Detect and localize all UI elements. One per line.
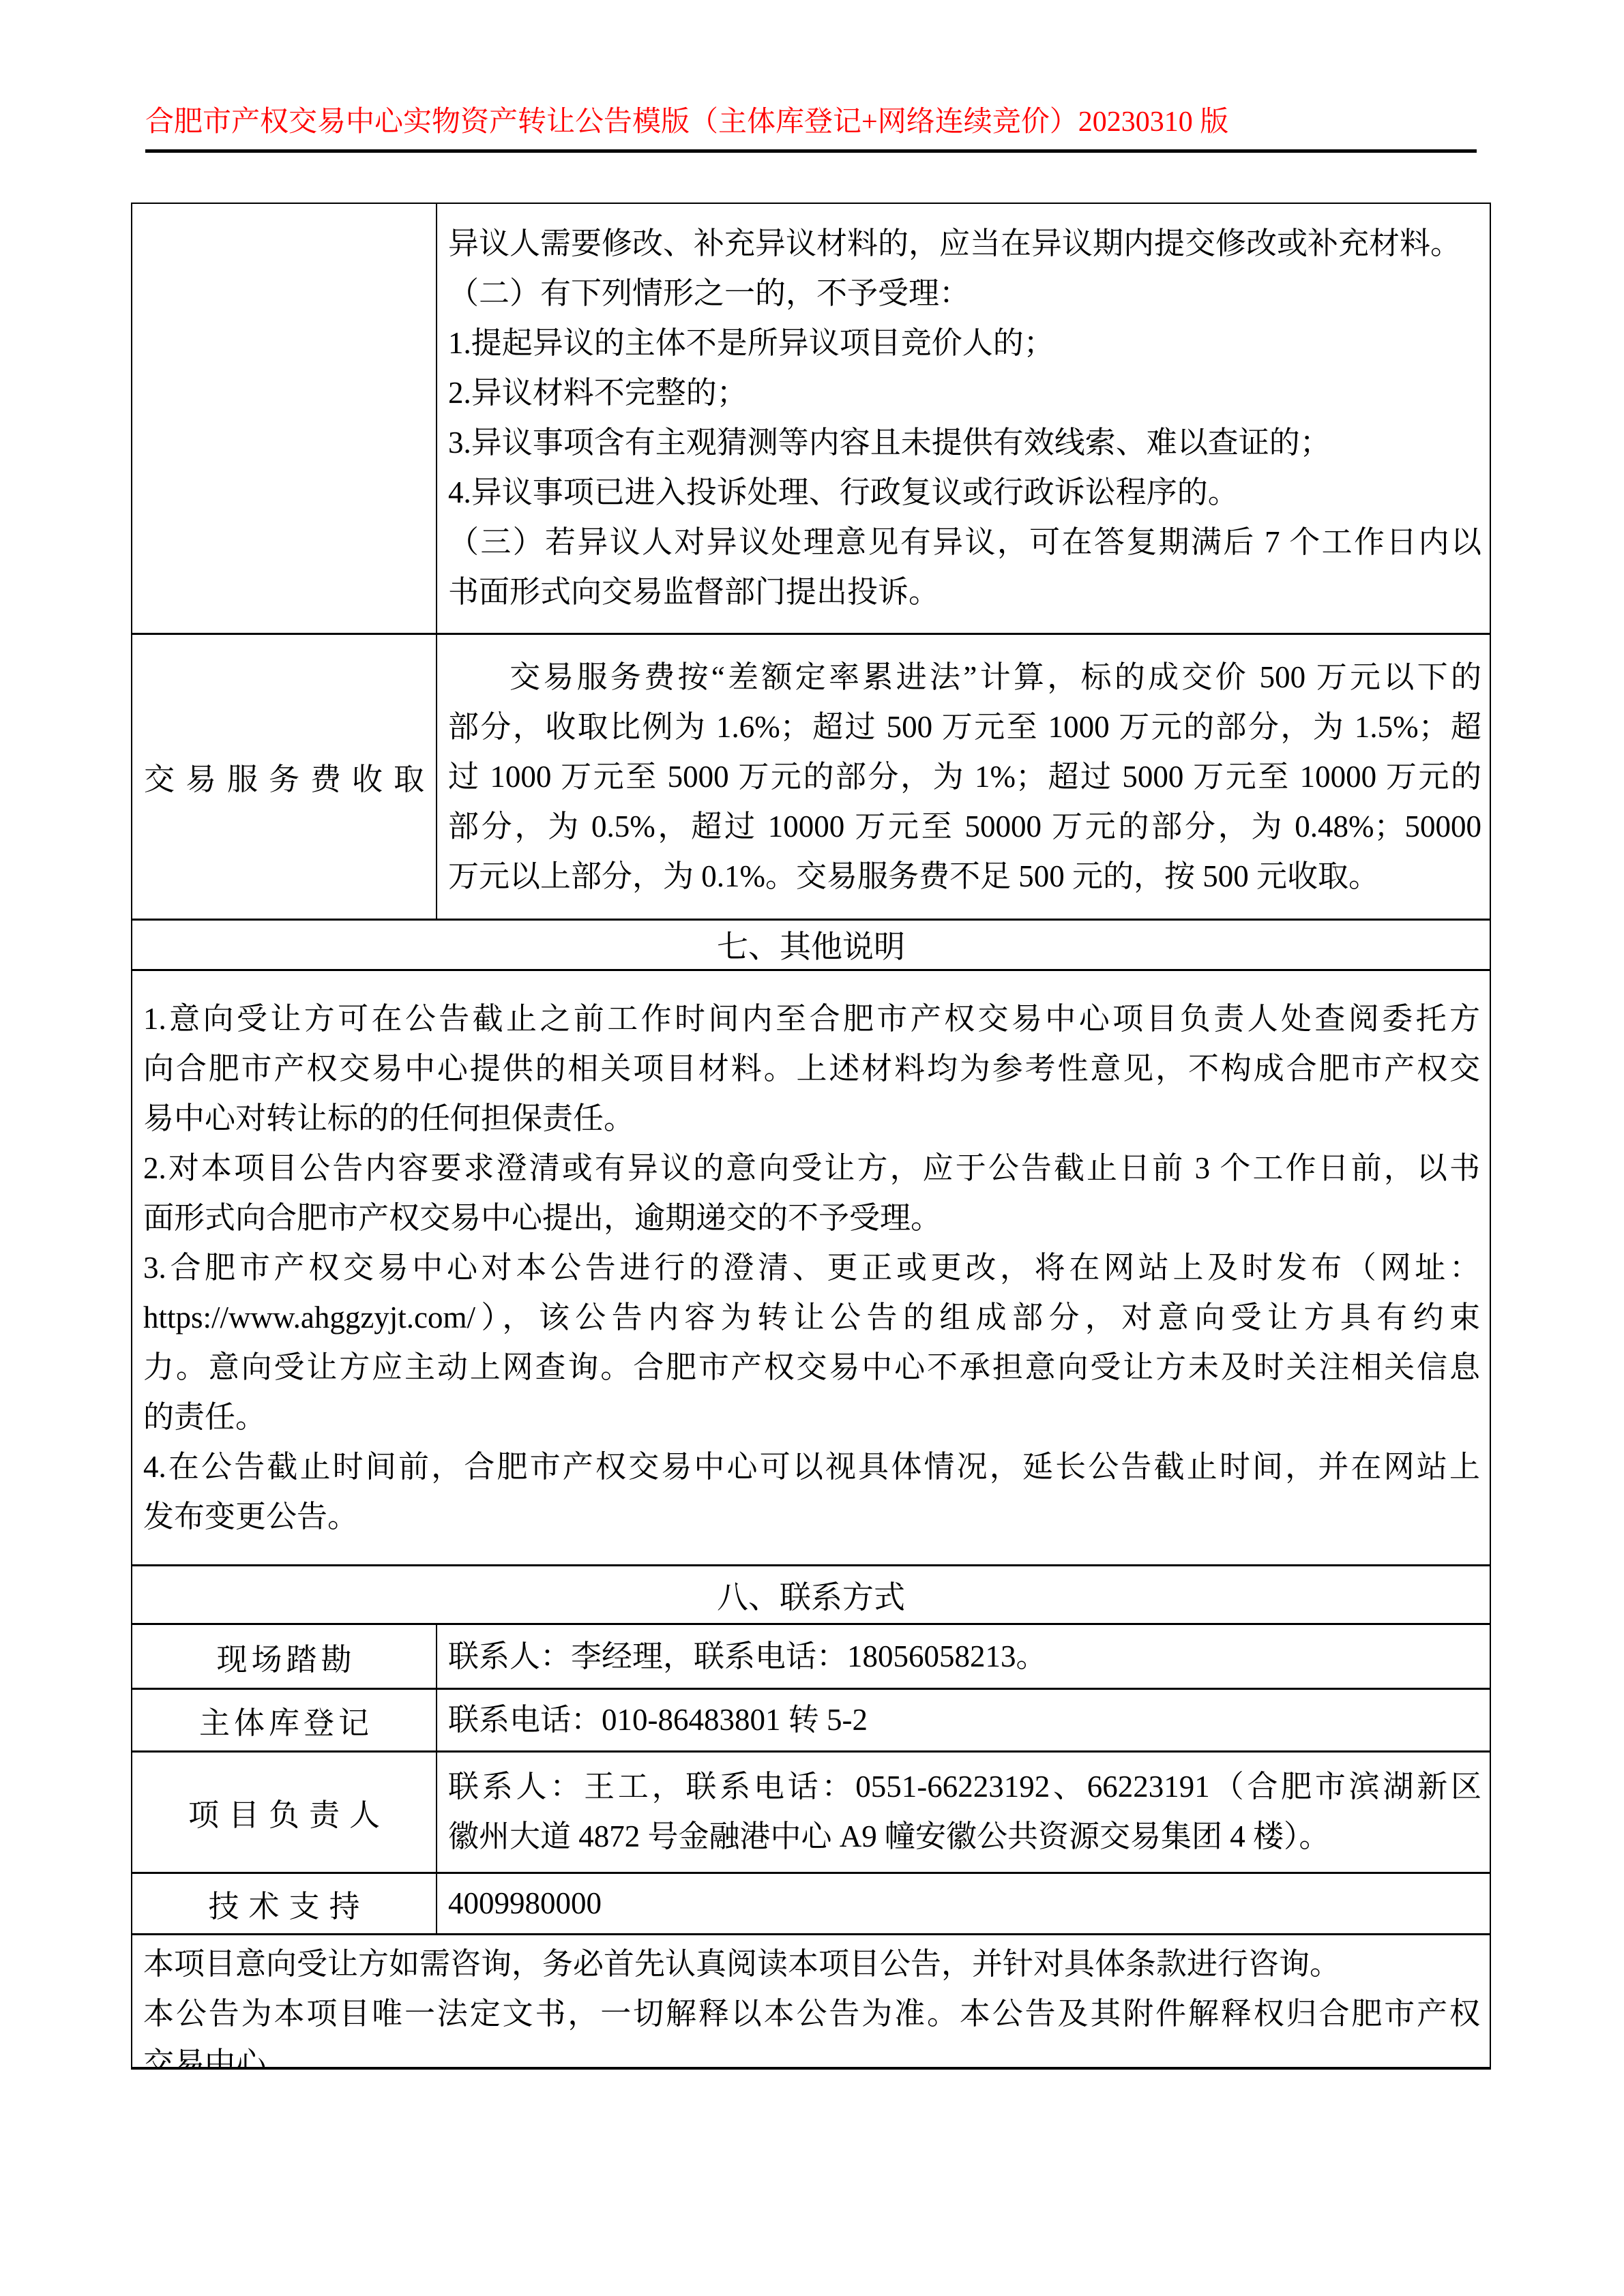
- service-fee-label: 交易服务费收取: [132, 635, 437, 919]
- document-page: 合肥市产权交易中心实物资产转让公告模版（主体库登记+网络连续竞价）2023031…: [0, 0, 1624, 2296]
- website-url-line: https://www.ahggzyjt.com/），该公告内容为转让公告的组成…: [143, 1293, 1480, 1343]
- text-line: 易中心对转让标的的任何担保责任。: [143, 1094, 1480, 1144]
- contact-row-site-survey: 现场踏勘 联系人：李经理，联系电话：18056058213。: [132, 1625, 1490, 1690]
- text-line: 向合肥市产权交易中心提供的相关项目材料。上述材料均为参考性意见，不构成合肥市产权…: [143, 1044, 1480, 1094]
- text-line: 本公告为本项目唯一法定文书，一切解释以本公告为准。本公告及其附件解释权归合肥市产…: [143, 1989, 1480, 2039]
- text-line: 力。意向受让方应主动上网查询。合肥市产权交易中心不承担意向受让方未及时关注相关信…: [143, 1343, 1480, 1392]
- text-line: 过 1000 万元至 5000 万元的部分，为 1%；超过 5000 万元至 1…: [448, 752, 1481, 802]
- tech-support-label: 技术支持: [132, 1874, 437, 1934]
- text-line: 1.提起异议的主体不是所异议项目竞价人的；: [448, 318, 1481, 368]
- text-line: 1.意向受让方可在公告截止之前工作时间内至合肥市产权交易中心项目负责人处查阅委托…: [143, 994, 1480, 1044]
- text-line: 面形式向合肥市产权交易中心提出，逾期递交的不予受理。: [143, 1193, 1480, 1243]
- tech-support-content: 4009980000: [437, 1874, 1490, 1934]
- title-divider-rule: [145, 149, 1477, 153]
- section-8-header-row: 八、联系方式: [132, 1566, 1490, 1626]
- other-notes-content: 1.意向受让方可在公告截止之前工作时间内至合肥市产权交易中心项目负责人处查阅委托…: [132, 971, 1490, 1564]
- text-line: 发布变更公告。: [143, 1492, 1480, 1542]
- contact-row-registry: 主体库登记 联系电话：010-86483801 转 5-2: [132, 1690, 1490, 1753]
- text-line: 部分，收取比例为 1.6%；超过 500 万元至 1000 万元的部分，为 1.…: [448, 702, 1481, 752]
- page-title: 合肥市产权交易中心实物资产转让公告模版（主体库登记+网络连续竞价）2023031…: [145, 102, 1477, 142]
- other-notes-row: 1.意向受让方可在公告截止之前工作时间内至合肥市产权交易中心项目负责人处查阅委托…: [132, 971, 1490, 1566]
- tech-support-phone: 4009980000: [448, 1879, 1481, 1928]
- text-line: （三）若异议人对异议处理意见有异议，可在答复期满后 7 个工作日内以: [448, 518, 1481, 567]
- project-manager-label: 项目负责人: [132, 1753, 437, 1872]
- contact-info-line: 联系电话：010-86483801 转 5-2: [448, 1695, 1481, 1745]
- text-line: （二）有下列情形之一的，不予受理：: [448, 269, 1481, 318]
- footer-note-content: 本项目意向受让方如需咨询，务必首先认真阅读本项目公告，并针对具体条款进行咨询。 …: [132, 1935, 1490, 2067]
- registry-label: 主体库登记: [132, 1690, 437, 1750]
- text-line: 本项目意向受让方如需咨询，务必首先认真阅读本项目公告，并针对具体条款进行咨询。: [143, 1939, 1480, 1989]
- footer-note-row: 本项目意向受让方如需咨询，务必首先认真阅读本项目公告，并针对具体条款进行咨询。 …: [132, 1935, 1490, 2067]
- contact-info-line: 联系人：李经理，联系电话：18056058213。: [448, 1632, 1481, 1682]
- text-line: 4.异议事项已进入投诉处理、行政复议或行政诉讼程序的。: [448, 468, 1481, 518]
- section-7-header-row: 七、其他说明: [132, 921, 1490, 971]
- text-line: 2.对本项目公告内容要求澄清或有异议的意向受让方，应于公告截止日前 3 个工作日…: [143, 1144, 1480, 1193]
- contact-row-tech-support: 技术支持 4009980000: [132, 1874, 1490, 1936]
- site-survey-content: 联系人：李经理，联系电话：18056058213。: [437, 1625, 1490, 1688]
- text-line: 3.异议事项含有主观猜测等内容且未提供有效线索、难以查证的；: [448, 418, 1481, 468]
- text-line: 万元以上部分，为 0.1%。交易服务费不足 500 元的，按 500 元收取。: [448, 852, 1481, 901]
- text-line: 部分，为 0.5%，超过 10000 万元至 50000 万元的部分，为 0.4…: [448, 802, 1481, 852]
- text-line: 的责任。: [143, 1392, 1480, 1442]
- project-manager-content: 联系人：王工，联系电话：0551-66223192、66223191（合肥市滨湖…: [437, 1753, 1490, 1872]
- objection-row-content: 异议人需要修改、补充异议材料的，应当在异议期内提交修改或补充材料。 （二）有下列…: [437, 204, 1490, 633]
- section-8-title: 八、联系方式: [132, 1566, 1490, 1624]
- announcement-table: 异议人需要修改、补充异议材料的，应当在异议期内提交修改或补充材料。 （二）有下列…: [131, 203, 1491, 2070]
- text-line: 交易服务费按“差额定率累进法”计算，标的成交价 500 万元以下的: [448, 653, 1481, 702]
- text-line: 交易中心。: [143, 2039, 1480, 2067]
- contact-info-line: 联系人：王工，联系电话：0551-66223192、66223191（合肥市滨湖…: [448, 1762, 1481, 1812]
- contact-row-project-manager: 项目负责人 联系人：王工，联系电话：0551-66223192、66223191…: [132, 1753, 1490, 1874]
- service-fee-row: 交易服务费收取 交易服务费按“差额定率累进法”计算，标的成交价 500 万元以下…: [132, 635, 1490, 921]
- objection-row: 异议人需要修改、补充异议材料的，应当在异议期内提交修改或补充材料。 （二）有下列…: [132, 204, 1490, 635]
- objection-row-label: [132, 204, 437, 633]
- registry-content: 联系电话：010-86483801 转 5-2: [437, 1690, 1490, 1750]
- text-line: 3.合肥市产权交易中心对本公告进行的澄清、更正或更改，将在网站上及时发布（网址：: [143, 1243, 1480, 1293]
- text-line: 4.在公告截止时间前，合肥市产权交易中心可以视具体情况，延长公告截止时间，并在网…: [143, 1442, 1480, 1492]
- text-line: 书面形式向交易监督部门提出投诉。: [448, 567, 1481, 617]
- contact-info-line: 徽州大道 4872 号金融港中心 A9 幢安徽公共资源交易集团 4 楼）。: [448, 1812, 1481, 1862]
- site-survey-label: 现场踏勘: [132, 1625, 437, 1688]
- service-fee-content: 交易服务费按“差额定率累进法”计算，标的成交价 500 万元以下的 部分，收取比…: [437, 635, 1490, 919]
- section-7-title: 七、其他说明: [132, 921, 1490, 969]
- text-line: 异议人需要修改、补充异议材料的，应当在异议期内提交修改或补充材料。: [448, 219, 1481, 269]
- text-line: 2.异议材料不完整的；: [448, 368, 1481, 418]
